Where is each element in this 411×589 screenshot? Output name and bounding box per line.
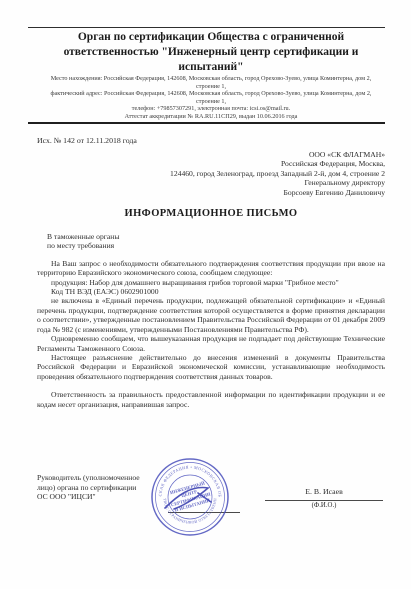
outgoing-number: Исх. № 142 от 12.11.2018 года [37, 136, 385, 145]
recipient-block: ООО «СК ФЛАГМАН» Российская Федерация, М… [37, 150, 385, 197]
letter-page: Орган по сертификации Общества с огранич… [0, 0, 411, 589]
accreditation-line: Аттестат аккредитации № RA.RU.11СП29, вы… [37, 113, 385, 121]
recipient-line: Борсоеву Евгению Даниловичу [37, 188, 385, 197]
address-line: фактический адрес: Российская Федерация,… [37, 90, 385, 98]
address-line: Место нахождения: Российская Федерация, … [37, 75, 385, 83]
body-paragraph: не включена в «Единый перечень продукции… [37, 296, 385, 334]
signer-name: Е. В. Исаев [265, 487, 383, 496]
body-paragraph: Ответственность за правильность предоста… [37, 390, 385, 409]
recipient-line: Генеральному директору [37, 178, 385, 187]
recipient-line: ООО «СК ФЛАГМАН» [37, 150, 385, 159]
header-rule-bottom [28, 122, 385, 124]
signer-role: Руководитель (уполномоченное лицо) орган… [37, 473, 140, 502]
signer-name-block: Е. В. Исаев (Ф.И.О.) [265, 487, 383, 509]
official-stamp: РОССИЙСКАЯ ФЕДЕРАЦИЯ • МОСКОВСКАЯ ОБЛАСТ… [149, 456, 231, 538]
org-name-line: ответственностью "Инженерный центр серти… [37, 45, 385, 60]
org-name-line: Орган по сертификации Общества с огранич… [37, 30, 385, 45]
org-name-line: испытаний" [37, 60, 385, 75]
signer-role-line: Руководитель (уполномоченное [37, 473, 140, 483]
contact-line: телефон: +79857307291, электронная почта… [37, 105, 385, 113]
recipient-line: Российская Федерация, Москва, [37, 159, 385, 168]
addressee-line: В таможенные органы [47, 232, 385, 241]
org-address-block: Место нахождения: Российская Федерация, … [37, 75, 385, 120]
signature-area: Руководитель (уполномоченное лицо) орган… [37, 453, 385, 563]
signer-role-line: ОС ООО "ИЦСИ" [37, 492, 140, 502]
body-paragraph: Настоящее разъяснение действительно до в… [37, 353, 385, 381]
org-name: Орган по сертификации Общества с огранич… [37, 30, 385, 75]
name-caption: (Ф.И.О.) [265, 502, 383, 509]
letter-title: ИНФОРМАЦИОННОЕ ПИСЬМО [37, 208, 385, 219]
header-rule-top [28, 27, 385, 28]
body-paragraph: Одновременно сообщаем, что вышеуказанная… [37, 334, 385, 353]
address-line: строение 1, [37, 83, 385, 91]
body-paragraph: На Ваш запрос о необходимости обязательн… [37, 259, 385, 278]
recipient-line: 124460, город Зеленоград, проезд Западны… [37, 169, 385, 178]
address-line: строение 1, [37, 98, 385, 106]
body-paragraph-tnved-code: Код ТН ВЭД (ЕАЭС) 0602901000 [37, 287, 385, 296]
body-paragraph-product: продукция: Набор для домашнего выращиван… [37, 278, 385, 287]
addressee-line: по месту требования [47, 241, 385, 250]
addressee-block: В таможенные органы по месту требования [47, 232, 385, 251]
signer-role-line: лицо) органа по сертификации [37, 483, 140, 493]
signature-line [265, 500, 383, 501]
